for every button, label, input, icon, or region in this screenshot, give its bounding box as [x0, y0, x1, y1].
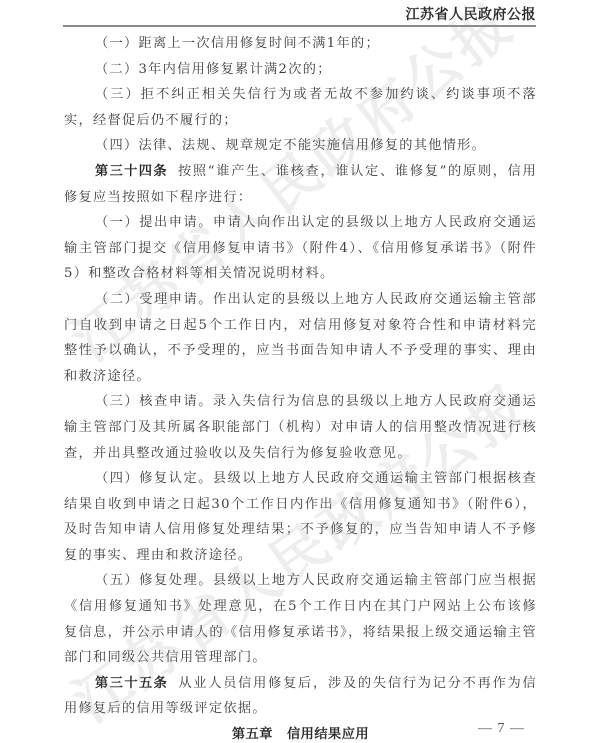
document-body: （一）距离上一次信用修复时间不满1年的； （二）3年内信用修复累计满2次的； （… [64, 31, 537, 743]
article-number: 第三十五条 [95, 676, 168, 691]
document-page: 江苏省人民政府公报 江苏省人民政府公报 江苏省人民政府公报 （一）距离上一次信用… [0, 0, 600, 743]
clause-item-3: （三）拒不纠正相关失信行为或者无故不参加约谈、约谈事项不落实，经督促后仍不履行的… [64, 82, 537, 133]
clause-item-4: （四）法律、法规、规章规定不能实施信用修复的其他情形。 [64, 133, 537, 159]
article-number: 第三十四条 [95, 164, 168, 179]
chapter-heading: 第五章信用结果应用 [64, 722, 537, 743]
chapter-number: 第五章 [232, 727, 273, 742]
publication-title: 江苏省人民政府公报 [406, 4, 537, 24]
clause-item-1: （一）距离上一次信用修复时间不满1年的； [64, 31, 537, 57]
article-34: 第三十四条按照“谁产生、谁核查，谁认定、谁修复”的原则，信用修复应当按照如下程序… [64, 159, 537, 210]
article-35: 第三十五条从业人员信用修复后，涉及的失信行为记分不再作为信用修复后的信用等级评定… [64, 671, 537, 722]
procedure-step-2: （二）受理申请。作出认定的县级以上地方人民政府交通运输主管部门自收到申请之日起5… [64, 287, 537, 389]
clause-item-2: （二）3年内信用修复累计满2次的； [64, 57, 537, 83]
header-rule [63, 25, 536, 27]
chapter-title: 信用结果应用 [287, 727, 369, 742]
procedure-step-3: （三）核查申请。录入失信行为信息的县级以上地方人民政府交通运输主管部门及其所属各… [64, 389, 537, 466]
procedure-step-5: （五）修复处理。县级以上地方人民政府交通运输主管部门应当根据《信用修复通知书》处… [64, 568, 537, 670]
procedure-step-4: （四）修复认定。县级以上地方人民政府交通运输主管部门根据核查结果自收到申请之日起… [64, 466, 537, 568]
page-number: — 7 — [478, 721, 525, 737]
procedure-step-1: （一）提出申请。申请人向作出认定的县级以上地方人民政府交通运输主管部门提交《信用… [64, 210, 537, 287]
